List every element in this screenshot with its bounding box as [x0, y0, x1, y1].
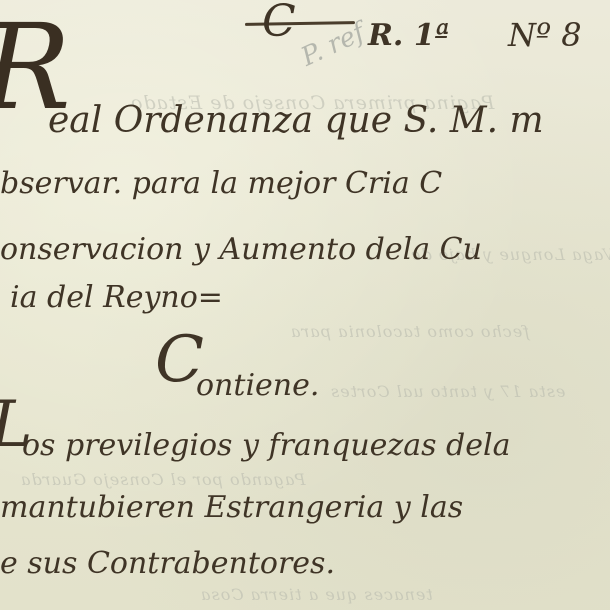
manuscript-line-7: mantubieren Estrangeria y las	[0, 490, 463, 525]
header-reference: R. 1ª	[368, 18, 449, 53]
bleed-through-line: tenaces que a tierra Cosa	[200, 585, 433, 604]
manuscript-line-8: e sus Contrabentores.	[0, 546, 335, 581]
header-mark: C	[262, 0, 296, 47]
manuscript-line-6: os previlegios y franquezas dela	[22, 428, 510, 463]
bleed-through-line: esta 17 y tanto ual Cortes	[330, 382, 565, 401]
manuscript-line-4: ia del Reyno=	[10, 280, 223, 315]
bleed-through-line: fecho como tacolonia para	[290, 322, 529, 341]
manuscript-line-5: ontiene.	[196, 368, 319, 403]
manuscript-line-1: eal Ordenanza que S. M. m	[48, 100, 544, 141]
manuscript-line-3: onservacion y Aumento dela Cu	[0, 232, 482, 267]
header-number: Nº 8	[508, 16, 582, 54]
bleed-through-line: Pagando por el Consejo Guarda	[20, 470, 306, 489]
manuscript-line-2: bservar. para la mejor Cria C	[0, 166, 442, 201]
